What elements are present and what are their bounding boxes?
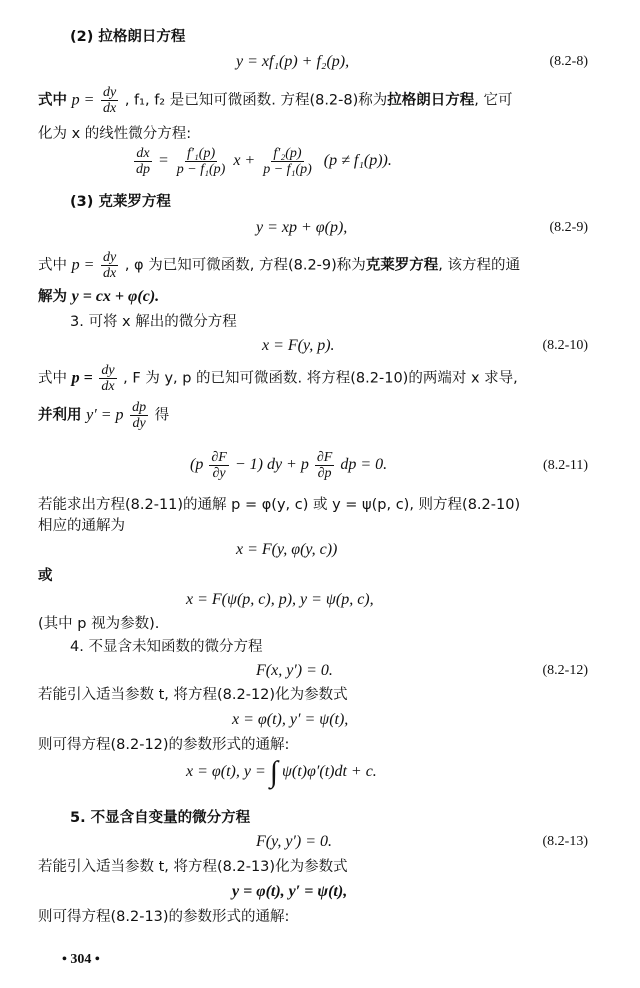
solvable-x-after-2: 相应的通解为: [38, 516, 125, 536]
denominator: dy: [131, 416, 148, 431]
denominator: dx: [101, 101, 118, 116]
lagrange-line2: 化为 x 的线性微分方程:: [38, 124, 191, 144]
equation-8-2-13: F(y, y′) = 0.: [256, 832, 332, 852]
text: 式中: [38, 93, 67, 109]
equation-number-8-2-9: (8.2-9): [550, 220, 589, 236]
equation-8-2-11: (p ∂F∂y − 1) dy + p ∂F∂p dp = 0.: [190, 450, 387, 481]
equation-8-2-12: F(x, y′) = 0.: [256, 661, 333, 681]
equation-8-2-9: y = xp + φ(p),: [256, 218, 347, 238]
text: dp = 0.: [340, 456, 387, 473]
denominator: ∂p: [316, 466, 334, 481]
math: p =: [72, 257, 95, 274]
heading-solvable-x: 3. 可将 x 解出的微分方程: [70, 312, 237, 332]
no-unknown-description: 若能引入适当参数 t, 将方程(8.2-12)化为参数式: [38, 685, 348, 705]
numerator: dx: [134, 146, 151, 162]
or-label: 或: [38, 566, 53, 586]
equation-8-2-10: x = F(y, p).: [262, 336, 335, 356]
denominator: dx: [99, 379, 116, 394]
numerator: dy: [101, 85, 118, 101]
text: 并利用: [38, 408, 82, 424]
math: y′ = p: [86, 407, 123, 424]
text: (p: [190, 456, 203, 473]
clairaut-description: 式中 p = dydx , φ 为已知可微函数, 方程(8.2-9)称为克莱罗方…: [38, 250, 520, 281]
fraction-f2: f′₂(p)p − f₁(p): [261, 146, 314, 177]
term-clairaut-equation: 克莱罗方程: [366, 258, 439, 274]
text: ψ(t)φ′(t)dt + c.: [282, 763, 377, 780]
heading-clairaut: (3) 克莱罗方程: [70, 192, 171, 212]
math: p =: [72, 92, 95, 109]
numerator: ∂F: [315, 450, 334, 466]
no-unknown-solution: x = φ(t), y = ∫ ψ(t)φ′(t)dt + c.: [186, 762, 377, 782]
text: x +: [233, 152, 255, 169]
fraction-dy-dx: dydx: [101, 250, 118, 281]
no-independent-description: 若能引入适当参数 t, 将方程(8.2-13)化为参数式: [38, 857, 348, 877]
term-lagrange-equation: 拉格朗日方程: [387, 93, 474, 109]
integral-icon: ∫: [270, 755, 278, 788]
heading-no-unknown: 4. 不显含未知函数的微分方程: [70, 637, 262, 657]
math: y = cx + φ(c).: [72, 288, 160, 305]
lagrange-description: 式中 p = dydx , f₁, f₂ 是已知可微函数. 方程(8.2-8)称…: [38, 85, 513, 116]
equation-number-8-2-8: (8.2-8): [550, 54, 589, 70]
solution-2: x = F(ψ(p, c), p), y = ψ(p, c),: [186, 590, 374, 610]
text: , 它可: [474, 93, 512, 109]
solvable-x-description: 式中 p = dydx , F 为 y, p 的已知可微函数. 将方程(8.2-…: [38, 363, 518, 394]
denominator: dp: [134, 162, 152, 177]
clairaut-general-solution: 解为 y = cx + φ(c).: [38, 287, 159, 307]
denominator: p − f₁(p): [261, 162, 314, 177]
numerator: dy: [99, 363, 116, 379]
denominator: ∂y: [211, 466, 228, 481]
condition: (p ≠ f₁(p)).: [324, 152, 392, 169]
no-independent-description-2: 则可得方程(8.2-13)的参数形式的通解:: [38, 907, 289, 927]
solvable-x-line2: 并利用 y′ = p dpdy 得: [38, 400, 169, 431]
equation-number-8-2-11: (8.2-11): [543, 458, 588, 474]
no-unknown-description-2: 则可得方程(8.2-12)的参数形式的通解:: [38, 735, 289, 755]
numerator: ∂F: [209, 450, 228, 466]
heading-lagrange: (2) 拉格朗日方程: [70, 27, 185, 47]
numerator: f′₁(p): [185, 146, 217, 162]
solution-1: x = F(y, φ(y, c)): [236, 540, 337, 560]
denominator: p − f₁(p): [175, 162, 228, 177]
fraction-dF-dp: ∂F∂p: [315, 450, 334, 481]
solvable-x-after-1: 若能求出方程(8.2-11)的通解 p = φ(y, c) 或 y = ψ(p,…: [38, 495, 520, 515]
parameter-note: (其中 p 视为参数).: [38, 614, 159, 634]
equation-number-8-2-12: (8.2-12): [543, 663, 589, 679]
fraction-dy-dx: dydx: [101, 85, 118, 116]
text: , φ 为已知可微函数, 方程(8.2-9)称为: [125, 258, 366, 274]
equals: =: [158, 152, 169, 169]
text: 得: [155, 408, 170, 424]
text: − 1) dy + p: [235, 456, 309, 473]
text: , f₁, f₂ 是已知可微函数. 方程(8.2-8)称为: [125, 93, 387, 109]
fraction-dy-dx: dydx: [99, 363, 116, 394]
text: , 该方程的通: [438, 258, 520, 274]
equation-number-8-2-10: (8.2-10): [543, 338, 589, 354]
fraction-dp-dy: dpdy: [130, 400, 148, 431]
text: 式中: [38, 371, 67, 387]
heading-no-independent: 5. 不显含自变量的微分方程: [70, 808, 250, 828]
numerator: dp: [130, 400, 148, 416]
fraction-dF-dy: ∂F∂y: [209, 450, 228, 481]
numerator: dy: [101, 250, 118, 266]
equation-number-8-2-13: (8.2-13): [543, 834, 589, 850]
no-independent-parametric: y = φ(t), y′ = ψ(t),: [232, 882, 347, 902]
denominator: dx: [101, 266, 118, 281]
equation-linear-ode: dxdp = f′₁(p)p − f₁(p) x + f′₂(p)p − f₁(…: [132, 146, 392, 177]
fraction-dx-dp: dxdp: [134, 146, 152, 177]
text: 解为: [38, 289, 67, 305]
page-number: • 304 •: [62, 952, 100, 968]
math: p =: [72, 370, 93, 387]
numerator: f′₂(p): [271, 146, 303, 162]
text: 式中: [38, 258, 67, 274]
fraction-f1: f′₁(p)p − f₁(p): [175, 146, 228, 177]
text: x = φ(t), y =: [186, 763, 266, 780]
text: , F 为 y, p 的已知可微函数. 将方程(8.2-10)的两端对 x 求导…: [123, 371, 518, 387]
equation-8-2-8: y = xf₁(p) + f₂(p),: [236, 52, 349, 72]
no-unknown-parametric: x = φ(t), y′ = ψ(t),: [232, 710, 348, 730]
